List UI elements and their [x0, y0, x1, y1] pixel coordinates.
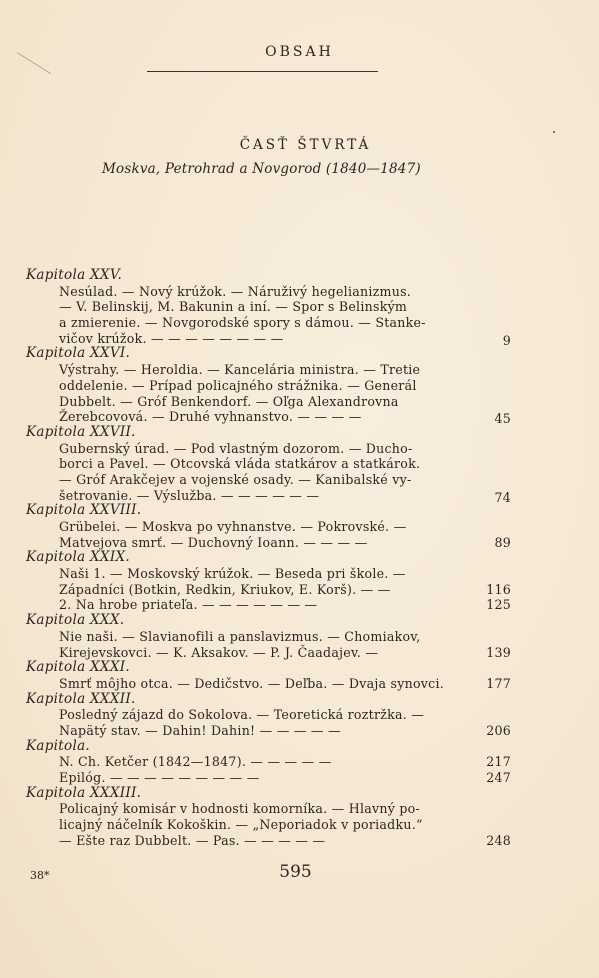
- entry-line: Smrť môjho otca. — Dedičstvo. — Deľba. —…: [26, 676, 507, 692]
- entry-line: borci a Pavel. — Otcovská vláda statkáro…: [26, 456, 507, 472]
- entry-line: Nie naši. — Slavianofili a panslavizmus.…: [26, 629, 507, 645]
- toc-entry: Kapitola XXVII. Gubernský úrad. — Pod vl…: [26, 425, 576, 503]
- page-ref: 177: [471, 676, 511, 692]
- entry-line: Gubernský úrad. — Pod vlastným dozorom. …: [26, 441, 507, 457]
- chapter-heading: Kapitola.: [26, 739, 576, 755]
- ink-speck: [553, 131, 555, 133]
- entry-line-text: šetrovanie. — Výslužba. — — — — — —: [59, 488, 319, 503]
- entry-line: — Ešte raz Dubbelt. — Pas. — — — — —248: [26, 833, 507, 849]
- page-number: 595: [0, 862, 599, 882]
- entry-line: Dubbelt. — Gróf Benkendorf. — Oľga Alexa…: [26, 394, 507, 410]
- entry-line-text: Kirejevskovci. — K. Aksakov. — P. J. Čaa…: [59, 645, 378, 660]
- entry-line: — V. Belinskij, M. Bakunin a iní. — Spor…: [26, 299, 507, 315]
- entry-line-text: Žerebcovová. — Druhé vyhnanstvo. — — — —: [59, 409, 362, 424]
- entry-line-text: N. Ch. Ketčer (1842—1847). — — — — —: [59, 754, 332, 769]
- toc-entry: Kapitola XXV. Nesúlad. — Nový krúžok. — …: [26, 268, 576, 346]
- toc-entry: Kapitola XXIX. Naši 1. — Moskovský krúžo…: [26, 550, 576, 613]
- entry-line: Výstrahy. — Heroldia. — Kancelária minis…: [26, 362, 507, 378]
- page-ref: 139: [471, 645, 511, 661]
- entry-line: a zmierenie. — Novgorodské spory s dámou…: [26, 315, 507, 331]
- toc-entry: Kapitola XXVI. Výstrahy. — Heroldia. — K…: [26, 346, 576, 424]
- page-ref: 45: [471, 411, 511, 427]
- entry-line: Grübelei. — Moskva po vyhnanstve. — Pokr…: [26, 519, 507, 535]
- page-ref: 116: [471, 582, 511, 598]
- page-ref: 247: [471, 770, 511, 786]
- entry-line-text: Epilóg. — — — — — — — — —: [59, 770, 260, 785]
- entry-line: Kirejevskovci. — K. Aksakov. — P. J. Čaa…: [26, 645, 507, 661]
- chapter-heading: Kapitola XXXIII.: [26, 786, 576, 802]
- entry-line: vičov krúžok. — — — — — — — —9: [26, 331, 507, 347]
- page-ref: 217: [471, 754, 511, 770]
- toc-entry: Kapitola XXVIII. Grübelei. — Moskva po v…: [26, 503, 576, 550]
- entry-line: N. Ch. Ketčer (1842—1847). — — — — —217: [26, 754, 507, 770]
- header-rule: [147, 71, 378, 72]
- page-ref: 89: [471, 535, 511, 551]
- entry-line: oddelenie. — Prípad policajného strážnik…: [26, 378, 507, 394]
- entry-line-text: Napätý stav. — Dahin! Dahin! — — — — —: [59, 723, 341, 738]
- entry-line-text: Smrť môjho otca. — Dedičstvo. — Deľba. —…: [59, 676, 444, 691]
- page-ref: 125: [471, 597, 511, 613]
- entry-line: Matvejova smrť. — Duchovný Ioann. — — — …: [26, 535, 507, 551]
- entry-line: Žerebcovová. — Druhé vyhnanstvo. — — — —…: [26, 409, 507, 425]
- chapter-heading: Kapitola XXIX.: [26, 550, 576, 566]
- chapter-heading: Kapitola XXXII.: [26, 692, 576, 708]
- entry-line-text: vičov krúžok. — — — — — — — —: [59, 331, 284, 346]
- entry-line: Policajný komisár v hodnosti komorníka. …: [26, 801, 507, 817]
- part-subtitle: Moskva, Petrohrad a Novgorod (1840—1847): [102, 161, 432, 177]
- entry-line: Naši 1. — Moskovský krúžok. — Beseda pri…: [26, 566, 507, 582]
- page-ref: 9: [471, 333, 511, 349]
- entry-line: licajný náčelník Kokoškin. — „Neporiadok…: [26, 817, 507, 833]
- running-head: OBSAH: [0, 44, 599, 60]
- table-of-contents: Kapitola XXV. Nesúlad. — Nový krúžok. — …: [26, 268, 576, 848]
- toc-entry: Kapitola XXXI. Smrť môjho otca. — Dedičs…: [26, 660, 576, 691]
- chapter-heading: Kapitola XXVI.: [26, 346, 576, 362]
- page-ref: 74: [471, 490, 511, 506]
- chapter-heading: Kapitola XXVIII.: [26, 503, 576, 519]
- page-ref: 206: [471, 723, 511, 739]
- entry-line: Epilóg. — — — — — — — — —247: [26, 770, 507, 786]
- entry-line: — Gróf Arakčejev a vojenské osady. — Kan…: [26, 472, 507, 488]
- entry-line: 2. Na hrobe priateľa. — — — — — — —125: [26, 597, 507, 613]
- toc-entry: Kapitola XXXIII. Policajný komisár v hod…: [26, 786, 576, 849]
- chapter-heading: Kapitola XXVII.: [26, 425, 576, 441]
- entry-line-text: — Ešte raz Dubbelt. — Pas. — — — — —: [59, 833, 325, 848]
- chapter-heading: Kapitola XXX.: [26, 613, 576, 629]
- entry-line: Posledný zájazd do Sokolova. — Teoretick…: [26, 707, 507, 723]
- entry-line-text: 2. Na hrobe priateľa. — — — — — — —: [59, 597, 317, 612]
- entry-line-text: Západníci (Botkin, Redkin, Kriukov, E. K…: [59, 582, 391, 597]
- entry-line: Nesúlad. — Nový krúžok. — Náruživý hegel…: [26, 284, 507, 300]
- entry-line: Západníci (Botkin, Redkin, Kriukov, E. K…: [26, 582, 507, 598]
- chapter-heading: Kapitola XXV.: [26, 268, 576, 284]
- page-ref: 248: [471, 833, 511, 849]
- chapter-heading: Kapitola XXXI.: [26, 660, 576, 676]
- entry-line-text: Matvejova smrť. — Duchovný Ioann. — — — …: [59, 535, 367, 550]
- part-title: ČASŤ ŠTVRTÁ: [0, 137, 599, 153]
- entry-line: šetrovanie. — Výslužba. — — — — — —74: [26, 488, 507, 504]
- toc-entry: Kapitola XXX. Nie naši. — Slavianofili a…: [26, 613, 576, 660]
- toc-entry: Kapitola XXXII. Posledný zájazd do Sokol…: [26, 692, 576, 739]
- toc-entry: Kapitola. N. Ch. Ketčer (1842—1847). — —…: [26, 739, 576, 786]
- entry-line: Napätý stav. — Dahin! Dahin! — — — — —20…: [26, 723, 507, 739]
